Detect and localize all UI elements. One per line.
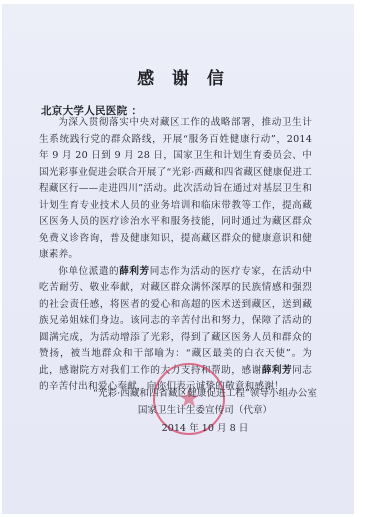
paragraph-1-text: 为深入贯彻落实中央对藏区工作的战略部署，推动卫生计生系统践行党的群众路线，开展“… [39,117,312,260]
paragraph-2-text-a: 你单位派遣的 [58,266,119,277]
paragraph-1: 为深入贯彻落实中央对藏区工作的战略部署，推动卫生计生系统践行党的群众路线，开展“… [39,115,312,264]
letter-body: 为深入贯彻落实中央对藏区工作的战略部署，推动卫生计生系统践行党的群众路线，开展“… [39,115,312,396]
signature-department: 国家卫生计生委宣传司（代章） [60,402,350,416]
letter-title: 感 谢 信 [0,64,367,89]
signature-office: “光彩·西藏和四省藏区健康促进工程”领导小组办公室 [60,385,350,399]
paragraph-2-text-b: 同志作为活动的医疗专家，在活动中吃苦耐劳、敬业奉献，对藏区群众满怀深厚的民族情感… [39,266,312,376]
person-name: 薛利芳 [262,365,292,376]
person-name: 薛利芳 [119,266,150,277]
signature-date: 2014 年 10 月 8 日 [60,420,350,434]
